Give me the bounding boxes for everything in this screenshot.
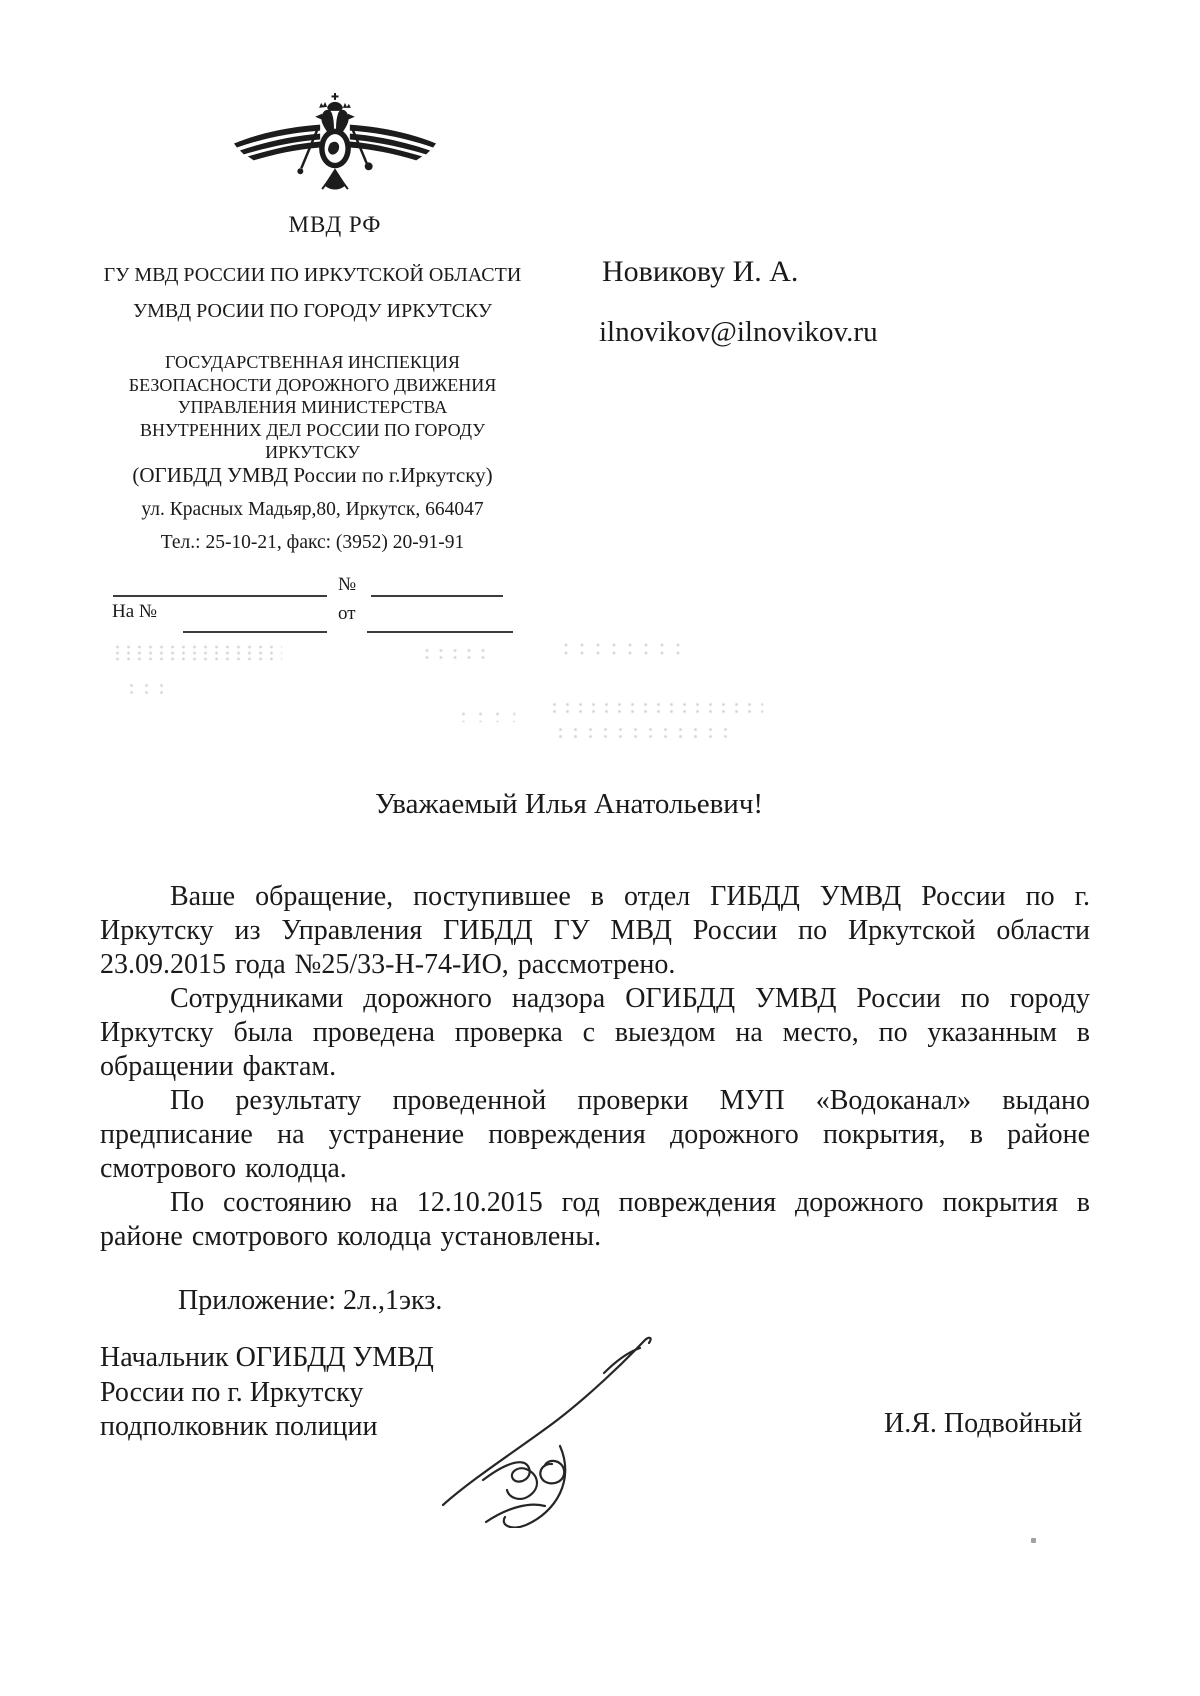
body-paragraph: По результату проведенной проверки МУП «… (100, 1084, 1090, 1186)
body-paragraph: Сотрудниками дорожного надзора ОГИБДД УМ… (100, 982, 1090, 1084)
attachment-note: Приложение: 2л.,1экз. (178, 1285, 442, 1317)
emblem-caption: МВД РФ (85, 212, 585, 238)
number-sign-label: № (338, 574, 356, 596)
salutation: Уважаемый Илья Анатольевич! (375, 788, 763, 821)
letterhead-inspection-block: ГОСУДАРСТВЕННАЯ ИНСПЕКЦИЯ БЕЗОПАСНОСТИ Д… (85, 351, 540, 464)
scan-noise (455, 710, 515, 722)
from-date-label: от (338, 603, 356, 625)
inspection-line: ИРКУТСКУ (85, 441, 540, 464)
scan-noise (548, 701, 763, 716)
letterhead-short-name: (ОГИБДД УМВД России по г.Иркутску) (85, 463, 540, 488)
inspection-line: ВНУТРЕННИХ ДЕЛ РОССИИ ПО ГОРОДУ (85, 419, 540, 442)
letterhead-phone: Тел.: 25-10-21, факс: (3952) 20-91-91 (85, 532, 540, 554)
scan-noise (420, 647, 492, 659)
outgoing-number-value-line (371, 595, 503, 597)
letterhead-org-line2: УМВД РОСИИ ПО ГОРОДУ ИРКУТСКУ (85, 300, 540, 323)
signer-position-line: России по г. Иркутску (100, 1376, 434, 1411)
body-paragraph: По состоянию на 12.10.2015 год поврежден… (100, 1186, 1090, 1254)
from-date-line (367, 631, 513, 633)
signer-position-line: Начальник ОГИБДД УМВД (100, 1341, 434, 1376)
handwritten-signature (428, 1328, 698, 1528)
recipient-name: Новикову И. А. (602, 255, 798, 289)
signer-position-line: подполковник полиции (100, 1410, 434, 1445)
body-paragraph: Ваше обращение, поступившее в отдел ГИБД… (100, 880, 1090, 982)
inspection-line: ГОСУДАРСТВЕННАЯ ИНСПЕКЦИЯ (85, 351, 540, 374)
signer-name: И.Я. Подвойный (884, 1408, 1082, 1440)
inspection-line: УПРАВЛЕНИЯ МИНИСТЕРСТВА (85, 396, 540, 419)
scan-noise (558, 641, 688, 659)
scanned-letter-page: МВД РФ ГУ МВД РОССИИ ПО ИРКУТСКОЙ ОБЛАСТ… (0, 0, 1200, 1696)
double-headed-eagle-icon (231, 92, 439, 196)
reply-number-line (183, 631, 327, 633)
scan-noise (112, 644, 282, 660)
signer-position: Начальник ОГИБДД УМВД России по г. Иркут… (100, 1341, 434, 1445)
letterhead-address: ул. Красных Мадьяр,80, Иркутск, 664047 (85, 499, 540, 521)
letterhead-org-line1: ГУ МВД РОССИИ ПО ИРКУТСКОЙ ОБЛАСТИ (85, 264, 540, 287)
scan-noise (124, 682, 168, 694)
outgoing-number-line (113, 595, 327, 597)
reply-to-number-label: На № (112, 601, 157, 623)
recipient-email: ilnovikov@ilnovikov.ru (599, 316, 878, 349)
inspection-line: БЕЗОПАСНОСТИ ДОРОЖНОГО ДВИЖЕНИЯ (85, 374, 540, 397)
scan-noise (553, 726, 733, 739)
letter-body: Ваше обращение, поступившее в отдел ГИБД… (100, 880, 1090, 1254)
scan-speck (1031, 1538, 1036, 1543)
